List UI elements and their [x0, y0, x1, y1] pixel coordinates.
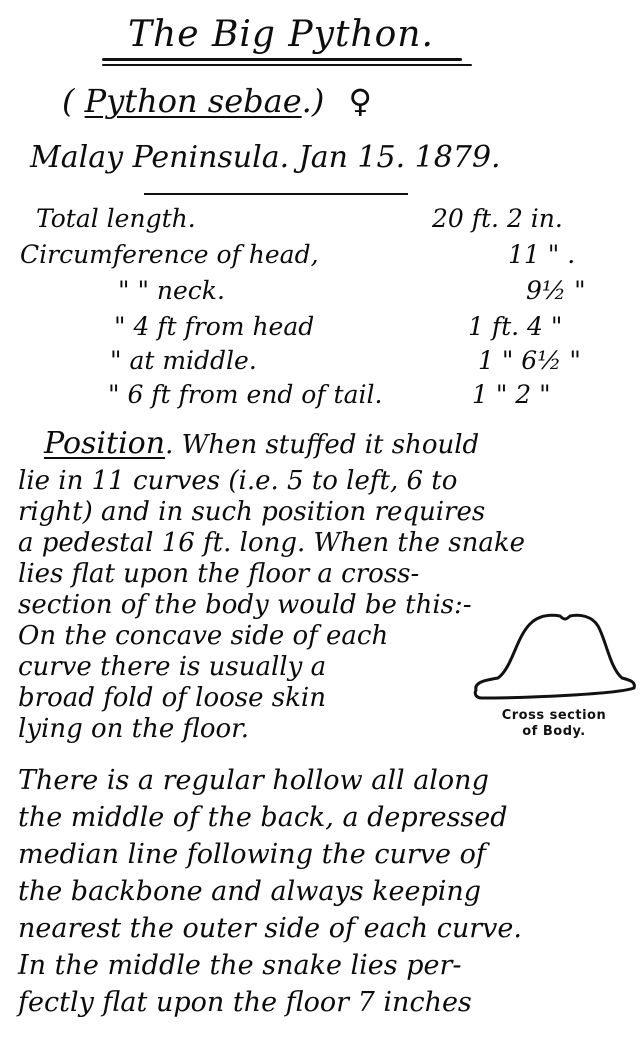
measurement-label: Total length.: [36, 204, 196, 233]
paragraph-line: In the middle the snake lies per-: [18, 947, 522, 984]
paragraph-line: On the concave side of each: [18, 621, 525, 652]
female-symbol-icon: ♀: [348, 82, 371, 120]
measurement-value: 1 " 6½ ": [478, 346, 581, 375]
paragraph-line: There is a regular hollow all along: [18, 762, 522, 799]
measurement-value: 11 " .: [508, 240, 575, 269]
position-paragraph: lie in 11 curves (i.e. 5 to left, 6 to r…: [18, 466, 525, 745]
species-close-paren: .): [302, 82, 325, 120]
measurement-row: Circumference of head, 11 " .: [0, 240, 640, 274]
species-name: Python sebae: [85, 82, 302, 120]
cross-section-drawing-icon: [468, 608, 640, 708]
paragraph-line: curve there is usually a: [18, 652, 525, 683]
measurement-value: 1 " 2 ": [472, 380, 551, 409]
paragraph-line: median line following the curve of: [18, 836, 522, 873]
paragraph-line: section of the body would be this:-: [18, 590, 525, 621]
position-paragraph-first-line: Position. When stuffed it should: [44, 428, 479, 461]
title-underline: [102, 58, 462, 61]
caption-line: Cross section: [468, 708, 640, 724]
measurement-row: " " neck. 9½ ": [0, 276, 640, 310]
manuscript-page: The Big Python. ( Python sebae.) ♀ Malay…: [0, 0, 640, 1045]
measurement-row: " at middle. 1 " 6½ ": [0, 346, 640, 380]
location-date: Malay Peninsula. Jan 15. 1879.: [30, 140, 501, 175]
species-line: ( Python sebae.) ♀: [62, 82, 372, 120]
measurement-label: " " neck.: [118, 276, 225, 305]
title-underline-second: [102, 64, 472, 66]
cross-section-figure: Cross section of Body.: [468, 608, 640, 758]
paragraph-line: the backbone and always keeping: [18, 873, 522, 910]
location-underline: [144, 193, 408, 195]
measurement-label: " 4 ft from head: [114, 312, 314, 341]
paragraph-line: lying on the floor.: [18, 714, 525, 745]
paragraph-line: . When stuffed it should: [165, 430, 479, 460]
measurement-label: Circumference of head,: [20, 240, 319, 269]
paragraph-line: right) and in such position requires: [18, 497, 525, 528]
paragraph-line: broad fold of loose skin: [18, 683, 525, 714]
hollow-paragraph: There is a regular hollow all along the …: [18, 762, 522, 1021]
figure-caption: Cross section of Body.: [468, 708, 640, 740]
species-open-paren: (: [62, 82, 85, 120]
paragraph-line: the middle of the back, a depressed: [18, 799, 522, 836]
caption-line: of Body.: [468, 724, 640, 740]
measurement-label: " 6 ft from end of tail.: [108, 380, 382, 409]
measurement-value: 20 ft. 2 in.: [432, 204, 563, 233]
measurement-row: Total length. 20 ft. 2 in.: [0, 204, 640, 238]
measurement-label: " at middle.: [110, 346, 257, 375]
paragraph-line: nearest the outer side of each curve.: [18, 910, 522, 947]
measurement-value: 9½ ": [526, 276, 586, 305]
paragraph-line: fectly flat upon the floor 7 inches: [18, 984, 522, 1021]
measurement-row: " 6 ft from end of tail. 1 " 2 ": [0, 380, 640, 414]
measurement-row: " 4 ft from head 1 ft. 4 ": [0, 312, 640, 346]
paragraph-line: lies flat upon the floor a cross-: [18, 559, 525, 590]
paragraph-line: lie in 11 curves (i.e. 5 to left, 6 to: [18, 466, 525, 497]
paragraph-line: a pedestal 16 ft. long. When the snake: [18, 528, 525, 559]
measurement-value: 1 ft. 4 ": [468, 312, 562, 341]
page-title: The Big Python.: [128, 14, 434, 55]
position-heading: Position: [44, 426, 165, 461]
